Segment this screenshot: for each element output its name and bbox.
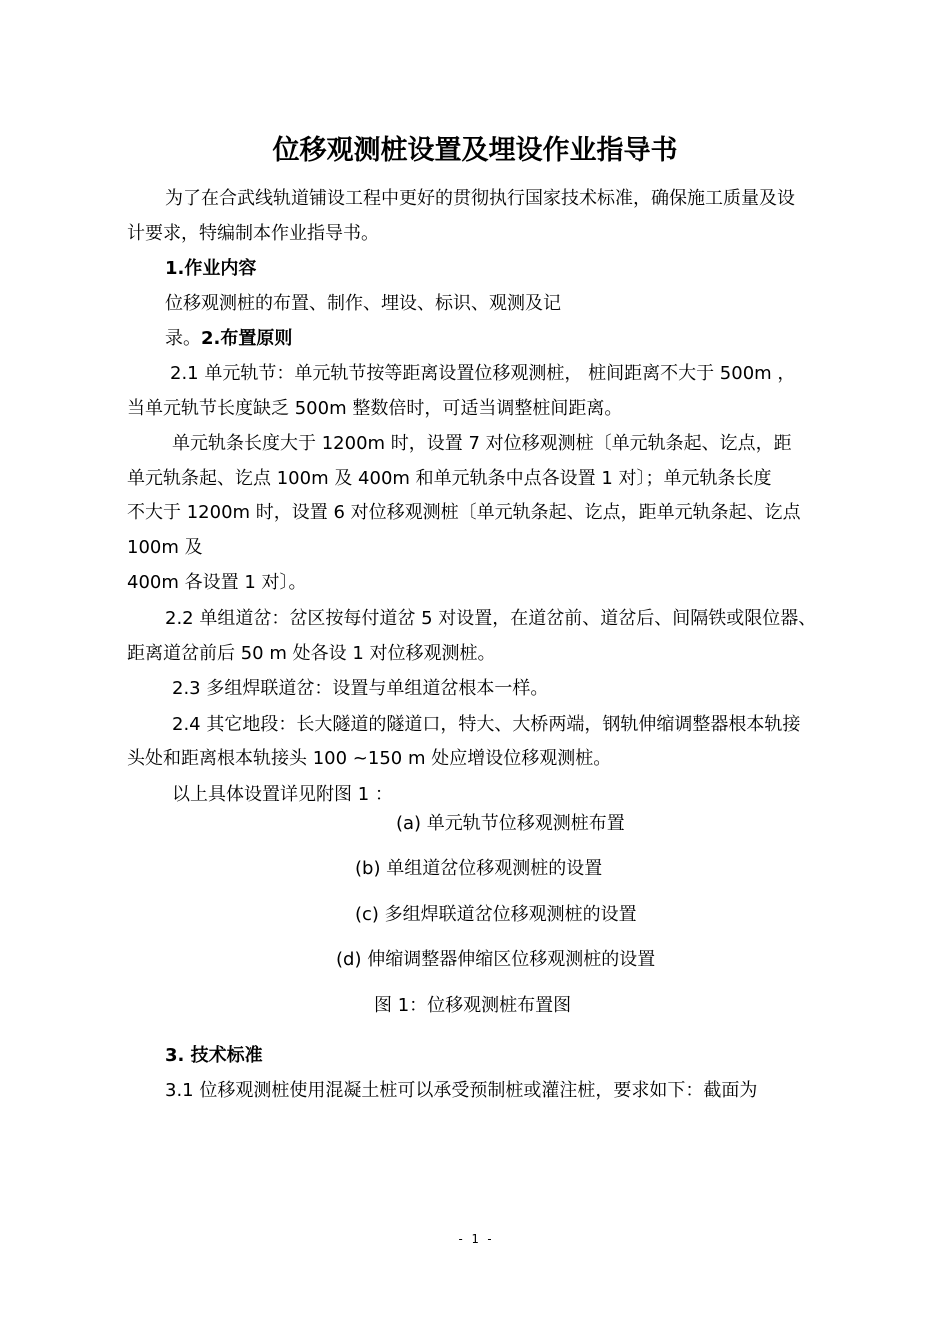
para-2-2-line-2: 距离道岔前后 50 m 处各设 1 对位移观测桩。 bbox=[127, 642, 496, 666]
section-1-body: 位移观测桩的布置、制作、埋设、标识、观测及记 bbox=[165, 292, 561, 316]
para-2-1b-line-2: 单元轨条起、讫点 100m 及 400m 和单元轨条中点各设置 1 对〕；单元轨… bbox=[127, 467, 772, 491]
para-3-1: 3.1 位移观测桩使用混凝土桩可以承受预制桩或灌注桩，要求如下：截面为 bbox=[165, 1079, 757, 1103]
para-2-1b-line-4: 100m 及 bbox=[127, 536, 203, 560]
para-2-1-line-1: 2.1 单元轨节：单元轨节按等距离设置位移观测桩， 桩间距离不大于 500m ， bbox=[170, 362, 795, 386]
section-3-heading: 3. 技术标准 bbox=[165, 1044, 263, 1068]
intro-line-2: 计要求，特编制本作业指导书。 bbox=[127, 222, 379, 246]
para-2-1b-line-1: 单元轨条长度大于 1200m 时，设置 7 对位移观测桩〔单元轨条起、讫点，距 bbox=[172, 432, 792, 456]
figure-item-c: (c) 多组焊联道岔位移观测桩的设置 bbox=[355, 903, 637, 927]
figure-item-d: (d) 伸缩调整器伸缩区位移观测桩的设置 bbox=[336, 948, 655, 972]
para-2-4-line-2: 头处和距离根本轨接头 100 ~150 m 处应增设位移观测桩。 bbox=[127, 747, 611, 771]
para-2-1b-line-3: 不大于 1200m 时，设置 6 对位移观测桩〔单元轨条起、讫点，距单元轨条起、… bbox=[127, 501, 801, 525]
figure-item-b: (b) 单组道岔位移观测桩的设置 bbox=[355, 857, 602, 881]
section-2-heading: 2.布置原则 bbox=[201, 328, 292, 349]
intro-line-1: 为了在合武线轨道铺设工程中更好的贯彻执行国家技术标准，确保施工质量及设 bbox=[165, 187, 795, 211]
para-2-3: 2.3 多组焊联道岔：设置与单组道岔根本一样。 bbox=[172, 677, 548, 701]
para-2-1-line-2: 当单元轨节长度缺乏 500m 整数倍时，可适当调整桩间距离。 bbox=[127, 397, 622, 421]
page-number: - 1 - bbox=[0, 1232, 950, 1246]
para-2-1b-line-5: 400m 各设置 1 对〕。 bbox=[127, 571, 307, 595]
para-2-4-line-1: 2.4 其它地段：长大隧道的隧道口，特大、大桥两端，钢轨伸缩调整器根本轨接 bbox=[172, 713, 800, 737]
figure-caption: 图 1：位移观测桩布置图 bbox=[374, 994, 571, 1018]
section-1-body-tail: 录。 bbox=[165, 328, 201, 349]
para-2-2-line-1: 2.2 单组道岔：岔区按每付道岔 5 对设置，在道岔前、道岔后、间隔铁或限位器、 bbox=[165, 607, 816, 631]
section-1-heading: 1.作业内容 bbox=[165, 257, 256, 281]
see-figure-note: 以上具体设置详见附图 1 ： bbox=[172, 783, 393, 807]
section-1-body-end: 录。2.布置原则 bbox=[165, 327, 292, 351]
document-title: 位移观测桩设置及埋设作业指导书 bbox=[0, 133, 950, 169]
figure-item-a: (a) 单元轨节位移观测桩布置 bbox=[396, 812, 625, 836]
